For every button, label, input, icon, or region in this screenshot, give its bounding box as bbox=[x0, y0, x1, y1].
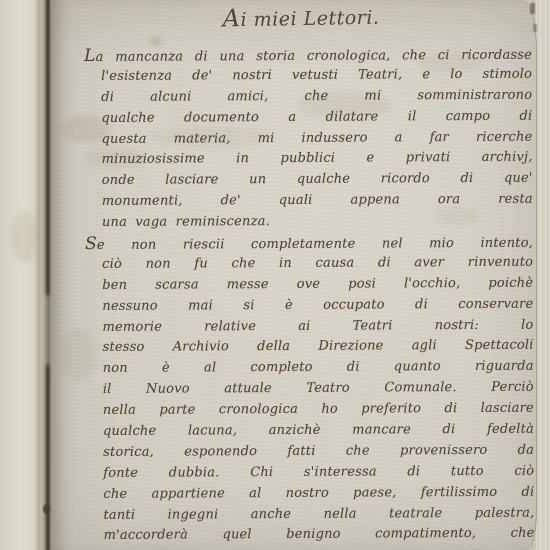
foxing-stain bbox=[12, 212, 38, 262]
manuscript-line: non è al completo di quanto riguarda bbox=[86, 357, 534, 380]
manuscript-line: Se non riescii completamente nel mio int… bbox=[85, 232, 533, 255]
ink-speck bbox=[43, 504, 50, 514]
page-edge-nick bbox=[533, 24, 537, 32]
manuscript-line: storica, esponendo fatti che provenisser… bbox=[86, 441, 534, 464]
manuscript-line: che appartiene al nostro paese, fertilis… bbox=[86, 482, 534, 505]
manuscript-line: nella parte cronologica ho preferito di … bbox=[86, 399, 534, 422]
foxing-stain bbox=[150, 38, 162, 45]
manuscript-line: monumenti, de' quali appena ora resta bbox=[85, 190, 533, 213]
manuscript-line: il Nuovo attuale Teatro Comunale. Perciò bbox=[86, 378, 534, 401]
manuscript-line: ciò non fu che in causa di aver rinvenut… bbox=[85, 253, 533, 276]
manuscript-line: qualche lacuna, anzichè mancare di fedel… bbox=[86, 420, 534, 443]
page-title: Ai miei Lettori. bbox=[205, 1, 397, 32]
manuscript-line: questa materia, mi indussero a far ricer… bbox=[84, 127, 532, 150]
manuscript-line: minuziosissime in pubblici e privati arc… bbox=[85, 148, 533, 171]
manuscript-line: stesso Archivio della Direzione agli Spe… bbox=[86, 336, 534, 359]
manuscript-line: l'esistenza de' nostri vetusti Teatri, e… bbox=[84, 65, 532, 88]
manuscript-line: memorie relative ai Teatri nostri: lo bbox=[85, 315, 533, 338]
manuscript-line: di alcuni amici, che mi somministrarono bbox=[84, 85, 532, 108]
manuscript-line: fonte dubbia. Chi s'interessa di tutto c… bbox=[86, 461, 534, 484]
page-edge-nick bbox=[530, 3, 535, 14]
manuscript-line: m'accorderà quel benigno compatimento, c… bbox=[87, 524, 535, 547]
manuscript-line: onde lasciare un qualche ricordo di que' bbox=[85, 169, 533, 192]
manuscript-line: ben scarsa messe ove posi l'occhio, poic… bbox=[85, 273, 533, 296]
manuscript-line: tanti ingegni anche nella teatrale pales… bbox=[86, 503, 534, 526]
manuscript-line: una vaga reminiscenza. bbox=[85, 211, 533, 234]
gutter-highlight bbox=[44, 295, 50, 365]
manuscript-line: nessuno mai si è occupato di conservare bbox=[85, 294, 533, 317]
manuscript-line: La mancanza di una storia cronologica, c… bbox=[84, 44, 532, 67]
manuscript-photo: Ai miei Lettori. La mancanza di una stor… bbox=[0, 0, 550, 550]
manuscript-text: La mancanza di una storia cronologica, c… bbox=[84, 44, 535, 548]
manuscript-line: qualche documento a dilatare il campo di bbox=[84, 106, 532, 129]
